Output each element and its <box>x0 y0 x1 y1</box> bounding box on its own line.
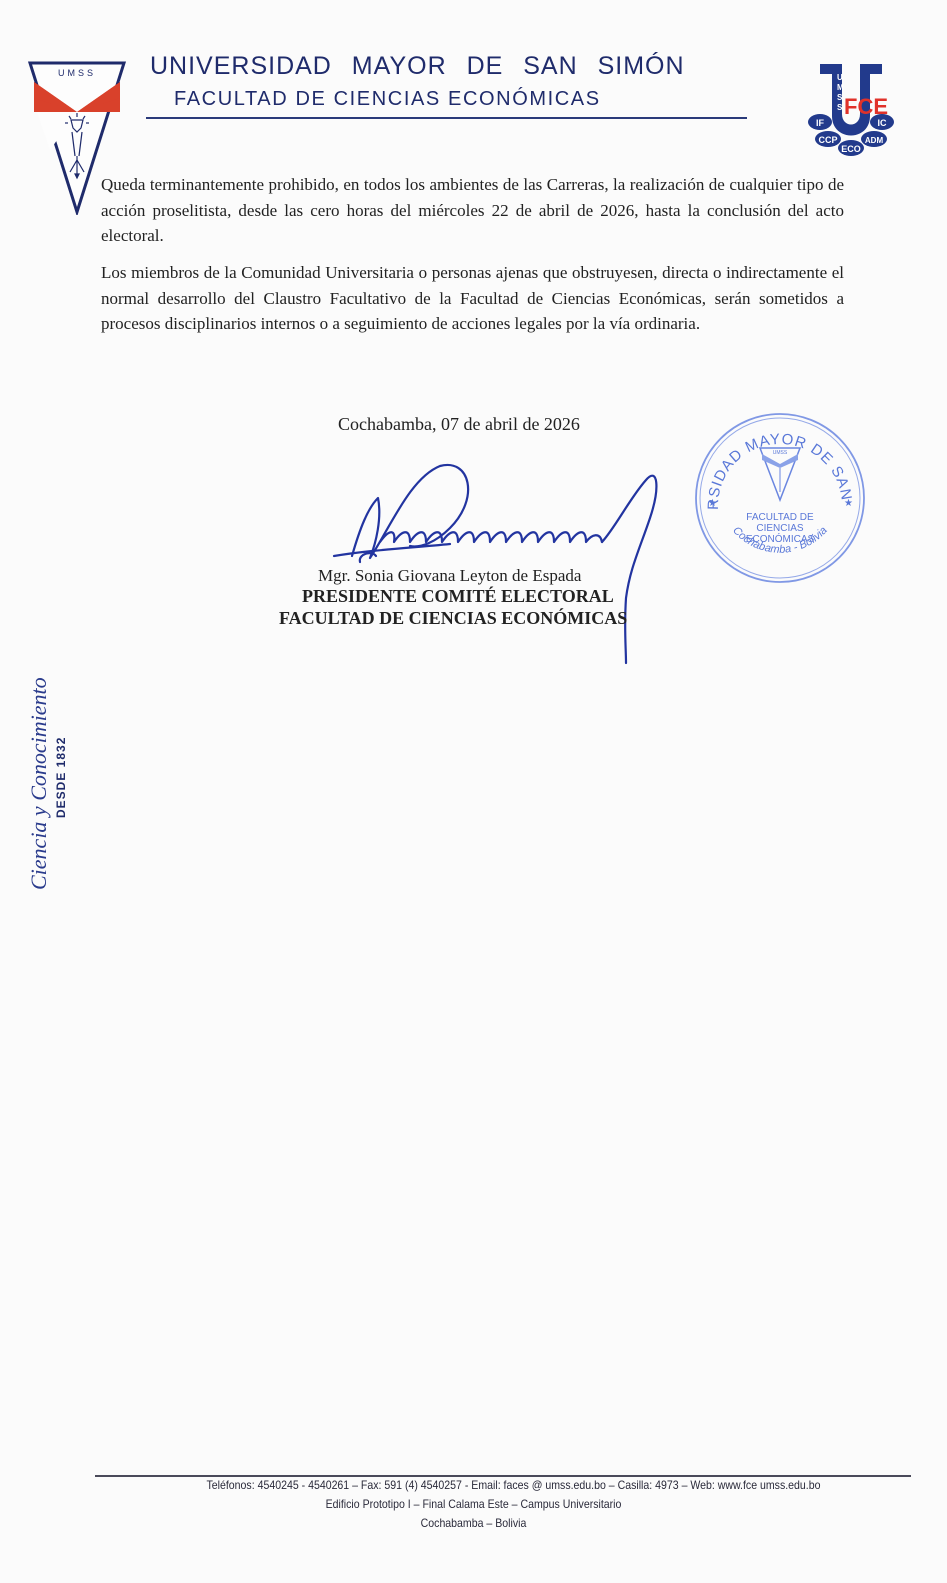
faculty-name: FACULTAD DE CIENCIAS ECONÓMICAS <box>174 88 601 111</box>
signer-faculty: FACULTAD DE CIENCIAS ECONÓMICAS <box>279 608 627 629</box>
paragraph-sanctions: Los miembros de la Comunidad Universitar… <box>101 260 844 337</box>
place-date: Cochabamba, 07 de abril de 2026 <box>338 414 580 435</box>
svg-text:ADM: ADM <box>865 136 884 145</box>
svg-text:★: ★ <box>844 498 853 509</box>
side-motto: Ciencia y Conocimiento DESDE 1832 <box>24 645 84 890</box>
header-rule <box>146 117 747 119</box>
motto-year-text: DESDE 1832 <box>54 737 68 818</box>
svg-text:ECONÓMICAS: ECONÓMICAS <box>746 532 815 545</box>
signer-role: PRESIDENTE COMITÉ ELECTORAL <box>302 586 614 607</box>
motto-script-text: Ciencia y Conocimiento <box>26 677 52 890</box>
university-name: UNIVERSIDAD MAYOR DE SAN SIMÓN <box>150 52 750 81</box>
svg-text:CCP: CCP <box>818 135 837 145</box>
footer-city: Cochabamba – Bolivia <box>57 1516 890 1530</box>
svg-text:UNIVERSIDAD MAYOR DE SAN SIMÓN: UNIVERSIDAD MAYOR DE SAN SIMÓN <box>692 410 855 510</box>
university-seal-stamp-icon: UNIVERSIDAD MAYOR DE SAN SIMÓN Cochabamb… <box>692 410 868 586</box>
svg-text:IC: IC <box>878 118 888 128</box>
paragraph-prohibition: Queda terminantemente prohibido, en todo… <box>101 172 844 249</box>
svg-text:S: S <box>837 93 843 102</box>
svg-text:CIENCIAS: CIENCIAS <box>756 523 804 534</box>
svg-text:S: S <box>837 103 843 112</box>
svg-text:FACULTAD DE: FACULTAD DE <box>746 512 814 523</box>
svg-text:ECO: ECO <box>841 144 861 154</box>
svg-text:★: ★ <box>708 498 717 509</box>
handwritten-signature <box>330 458 670 668</box>
svg-text:M: M <box>837 83 844 92</box>
footer-contact: Teléfonos: 4540245 - 4540261 – Fax: 591 … <box>97 1478 930 1492</box>
signer-name: Mgr. Sonia Giovana Leyton de Espada <box>318 566 581 586</box>
svg-text:IF: IF <box>816 118 825 128</box>
svg-text:UMSS: UMSS <box>58 68 96 78</box>
footer-address: Edificio Prototipo I – Final Calama Este… <box>57 1497 890 1511</box>
svg-text:U: U <box>837 73 843 82</box>
svg-text:UMSS: UMSS <box>773 450 788 456</box>
fce-logo-icon: U M S S FCE IF IC CCP ECO ADM <box>806 62 896 162</box>
footer-rule <box>95 1475 911 1477</box>
